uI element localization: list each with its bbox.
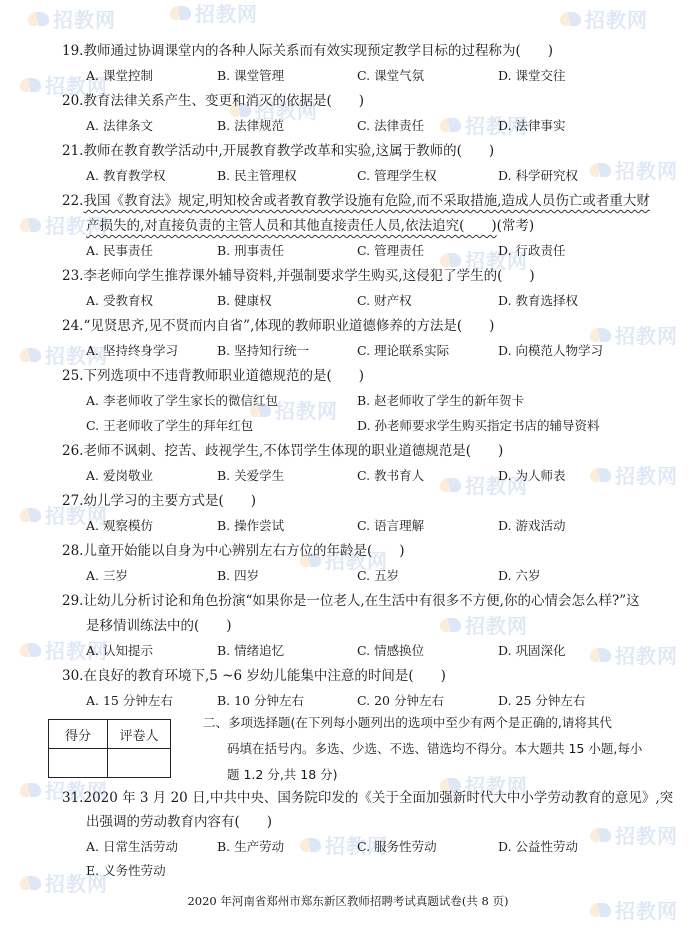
option-b[interactable]: B. 民主管理权: [217, 166, 297, 186]
logo-icon: [170, 4, 192, 22]
frequent-tag: (常考): [497, 218, 535, 234]
option-b[interactable]: B. 赵老师收了学生的新年贺卡: [357, 391, 524, 411]
option-a[interactable]: A. 日常生活劳动: [86, 837, 178, 857]
option-b[interactable]: B. 关爱学生: [217, 466, 284, 486]
option-d[interactable]: D. 教育选择权: [498, 291, 578, 311]
option-c[interactable]: C. 教书育人: [357, 466, 424, 486]
option-b[interactable]: B. 四岁: [217, 566, 259, 586]
option-a[interactable]: A. 课堂控制: [86, 66, 153, 86]
option-d[interactable]: D. 行政责任: [498, 241, 566, 261]
option-b[interactable]: B. 10 分钟左右: [217, 691, 304, 711]
option-c[interactable]: C. 语言理解: [357, 516, 424, 536]
question-26: 26.老师不讽刺、挖苦、歧视学生,不体罚学生体现的职业道德规范是( ): [62, 441, 503, 461]
option-c[interactable]: C. 王老师收了学生的拜年红包: [86, 416, 253, 436]
logo-icon: [590, 161, 612, 179]
option-d[interactable]: D. 科学研究权: [498, 166, 578, 186]
logo-icon: [20, 874, 42, 892]
section-2-heading-line3: 题 1.2 分,共 18 分): [227, 762, 338, 788]
logo-icon: [590, 466, 612, 484]
question-31-line2: 出强调的劳动教育内容有( ): [86, 812, 272, 832]
score-cell[interactable]: [49, 749, 108, 778]
watermark-logo: 招教网: [560, 4, 648, 33]
option-a[interactable]: A. 15 分钟左右: [86, 691, 173, 711]
grader-header: 评卷人: [108, 720, 171, 749]
option-d[interactable]: D. 25 分钟左右: [498, 691, 585, 711]
watermark-logo: 招教网: [590, 155, 678, 184]
option-a[interactable]: A. 法律条文: [86, 116, 153, 136]
option-b[interactable]: B. 法律规范: [217, 116, 284, 136]
question-19: 19.教师通过协调课堂内的各种人际关系而有效实现预定教学目标的过程称为( ): [62, 41, 553, 61]
question-28: 28.儿童开始能以自身为中心辨别左右方位的年龄是( ): [62, 541, 405, 561]
option-b[interactable]: B. 坚持知行统一: [217, 341, 309, 361]
option-b[interactable]: B. 健康权: [217, 291, 272, 311]
option-d[interactable]: D. 六岁: [498, 566, 541, 586]
logo-icon: [20, 781, 42, 799]
score-header: 得分: [49, 720, 108, 749]
question-22-line2: 产损失的,对直接负责的主管人员和其他直接责任人员,依法追究( )(常考): [86, 216, 534, 236]
option-b[interactable]: B. 刑事责任: [217, 241, 284, 261]
option-a[interactable]: A. 三岁: [86, 566, 128, 586]
watermark-logo: 招教网: [170, 0, 258, 27]
option-d[interactable]: D. 公益性劳动: [498, 837, 578, 857]
option-c[interactable]: C. 理论联系实际: [357, 341, 449, 361]
watermark-logo: 招教网: [590, 640, 678, 669]
watermark-logo: 招教网: [28, 4, 116, 33]
question-30: 30.在良好的教育环境下,5 ~6 岁幼儿能集中注意的时间是( ): [62, 666, 446, 686]
option-a[interactable]: A. 认知提示: [86, 641, 153, 661]
section-2-heading: 二、多项选择题(在下列每小题列出的选项中至少有两个是正确的,请将其代: [203, 710, 612, 736]
option-e[interactable]: E. 义务性劳动: [86, 861, 166, 881]
option-a[interactable]: A. 坚持终身学习: [86, 341, 178, 361]
option-a[interactable]: A. 教育教学权: [86, 166, 165, 186]
question-23: 23.李老师向学生推荐课外辅导资料,并强制要求学生购买,这侵犯了学生的( ): [62, 266, 535, 286]
option-d[interactable]: D. 法律事实: [498, 116, 566, 136]
option-d[interactable]: D. 游戏活动: [498, 516, 566, 536]
question-21: 21.教师在教育教学活动中,开展教育教学改革和实验,这属于教师的( ): [62, 141, 494, 161]
question-20: 20.教育法律关系产生、变更和消灭的依据是( ): [62, 91, 364, 111]
logo-icon: [20, 641, 42, 659]
logo-icon: [20, 76, 42, 94]
option-b[interactable]: B. 情绪追忆: [217, 641, 284, 661]
option-c[interactable]: C. 管理责任: [357, 241, 424, 261]
logo-icon: [20, 346, 42, 364]
option-b[interactable]: B. 生产劳动: [217, 837, 284, 857]
option-c[interactable]: C. 课堂气氛: [357, 66, 424, 86]
option-d[interactable]: D. 巩固深化: [498, 641, 566, 661]
grader-cell[interactable]: [108, 749, 171, 778]
option-c[interactable]: C. 20 分钟左右: [357, 691, 444, 711]
option-c[interactable]: C. 管理学生权: [357, 166, 437, 186]
option-d[interactable]: D. 向模范人物学习: [498, 341, 603, 361]
option-c[interactable]: C. 财产权: [357, 291, 412, 311]
option-c[interactable]: C. 情感换位: [357, 641, 424, 661]
page-footer: 2020 年河南省郑州市郑东新区教师招聘考试真题试卷(共 8 页): [0, 893, 696, 909]
option-a[interactable]: A. 民事责任: [86, 241, 153, 261]
option-d[interactable]: D. 孙老师要求学生购买指定书店的辅导资料: [357, 416, 600, 436]
logo-icon: [560, 10, 582, 28]
watermark-logo: 招教网: [590, 460, 678, 489]
logo-icon: [28, 10, 50, 28]
logo-icon: [590, 826, 612, 844]
logo-icon: [590, 646, 612, 664]
logo-icon: [440, 476, 462, 494]
logo-icon: [20, 506, 42, 524]
watermark-logo: 招教网: [590, 320, 678, 349]
watermark-logo: 招教网: [440, 610, 528, 639]
option-a[interactable]: A. 李老师收了学生家长的微信红包: [86, 391, 278, 411]
question-22: 22.我国《教育法》规定,明知校舍或者教育教学设施有危险,而不采取措施,造成人员…: [62, 191, 650, 211]
question-24: 24.“见贤思齐,见不贤而内自省”,体现的教师职业道德修养的方法是( ): [62, 316, 494, 336]
question-31: 31.2020 年 3 月 20 日,中共中央、国务院印发的《关于全面加强新时代…: [62, 788, 673, 808]
option-c[interactable]: C. 法律责任: [357, 116, 424, 136]
option-b[interactable]: B. 课堂管理: [217, 66, 284, 86]
question-29-line2: 是移情训练法中的( ): [86, 616, 232, 636]
logo-icon: [440, 616, 462, 634]
option-d[interactable]: D. 课堂交往: [498, 66, 566, 86]
question-29: 29.让幼儿分析讨论和角色扮演“如果你是一位老人,在生活中有很多不方便,你的心情…: [62, 591, 640, 611]
question-27: 27.幼儿学习的主要方式是( ): [62, 491, 256, 511]
score-table: 得分 评卷人: [48, 719, 171, 778]
logo-icon: [20, 216, 42, 234]
option-c[interactable]: C. 五岁: [357, 566, 399, 586]
watermark-logo: 招教网: [590, 820, 678, 849]
option-a[interactable]: A. 观察模仿: [86, 516, 153, 536]
option-a[interactable]: A. 受教育权: [86, 291, 153, 311]
section-2-heading-line2: 码填在括号内。多选、少选、不选、错选均不得分。本大题共 15 小题,每小: [227, 736, 642, 762]
option-d[interactable]: D. 为人师表: [498, 466, 566, 486]
logo-icon: [440, 116, 462, 134]
logo-icon: [300, 836, 322, 854]
option-a[interactable]: A. 爱岗敬业: [86, 466, 153, 486]
question-25: 25.下列选项中不违背教师职业道德规范的是( ): [62, 366, 364, 386]
option-b[interactable]: B. 操作尝试: [217, 516, 284, 536]
option-c[interactable]: C. 服务性劳动: [357, 837, 437, 857]
